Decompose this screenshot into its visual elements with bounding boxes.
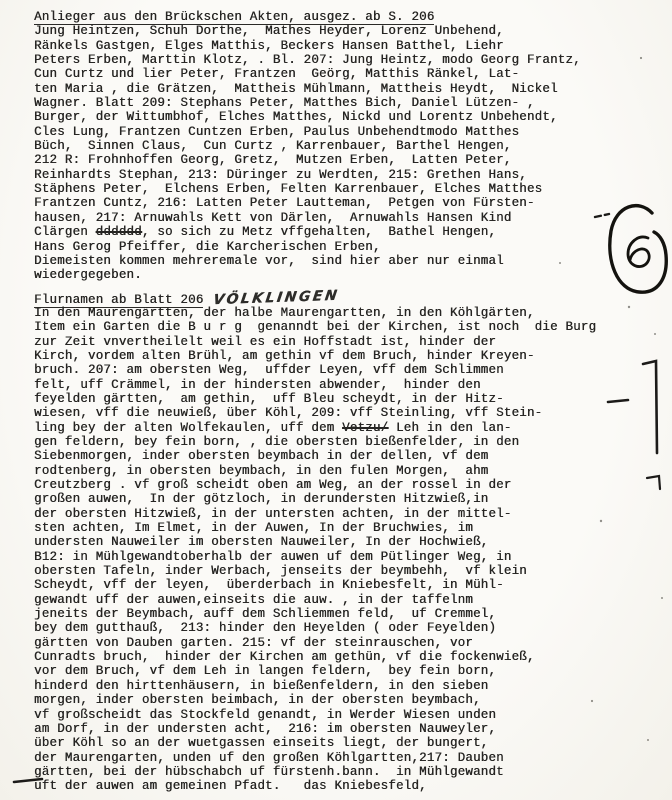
handwritten-place-annotation: VÖLKLINGEN bbox=[213, 288, 341, 307]
text-line: zur Zeit vnvertheilelt weil es ein Hoffs… bbox=[34, 335, 664, 349]
text-line: Siebenmorgen, inder obersten beymbach in… bbox=[34, 449, 664, 463]
text-line: Creutzberg . vf groß scheidt oben am Weg… bbox=[34, 478, 664, 492]
text-line: bruch. 207: am obersten Weg, uffder Leye… bbox=[34, 363, 664, 377]
text-line: Burger, der Wittumbhof, Elches Matthes, … bbox=[34, 110, 664, 124]
text-line: Peters Erben, Marttin Klotz, . Bl. 207: … bbox=[34, 53, 664, 67]
text-line: jeneits der Beymbach, auff dem Schliemme… bbox=[34, 607, 664, 621]
scanned-document-page: Anlieger aus den Brückschen Akten, ausge… bbox=[0, 0, 672, 800]
text-line: Cles Lung, Frantzen Cuntzen Erben, Paulu… bbox=[34, 125, 664, 139]
text-line: hausen, 217: Arnuwahls Kett von Därlen, … bbox=[34, 211, 664, 225]
text-line: understen Nauweiler im obersten Nauweile… bbox=[34, 535, 664, 549]
text-line: rodtenberg, in obersten beymbach, in den… bbox=[34, 464, 664, 478]
text-line: wiedergegeben. bbox=[34, 268, 664, 282]
title-line: Anlieger aus den Brückschen Akten, ausge… bbox=[34, 10, 664, 24]
text-line: Clärgen dddddd, so sich zu Metz vffgehal… bbox=[34, 225, 664, 239]
text-line: Wagner. Blatt 209: Stephans Peter, Matth… bbox=[34, 96, 664, 110]
text-line: am Dorf, in der understen acht, 216: im … bbox=[34, 722, 664, 736]
text-line: Diemeisten kommen mehreremale vor, sind … bbox=[34, 254, 664, 268]
text-line: Ränkels Gastgen, Elges Matthis, Beckers … bbox=[34, 39, 664, 53]
anlieger-name-list: Jung Heintzen, Schuh Dorthe, Mathes Heyd… bbox=[34, 24, 664, 282]
text-line: gärtten, bei der hübschabch uf fürstenh.… bbox=[34, 765, 664, 779]
text-line: Cun Curtz und lier Peter, Frantzen Geörg… bbox=[34, 67, 664, 81]
text-line: wiesen, vff die neuwieß, über Köhl, 209:… bbox=[34, 406, 664, 420]
text-line: Frantzen Cuntz, 216: Latten Peter Lautte… bbox=[34, 196, 664, 210]
flurnamen-text-block: In den Maurengärtten, der halbe Maurenga… bbox=[34, 306, 664, 794]
text-line: In den Maurengärtten, der halbe Maurenga… bbox=[34, 306, 664, 320]
text-line: obersten Tafeln, inder Werbach, jenseits… bbox=[34, 564, 664, 578]
text-line: felt, uff Crämmel, in der hindersten abw… bbox=[34, 378, 664, 392]
text-line: bey dem gutthauß, 213: hinder den Heyeld… bbox=[34, 621, 664, 635]
text-line: Jung Heintzen, Schuh Dorthe, Mathes Heyd… bbox=[34, 24, 664, 38]
text-line: ten Maria , die Grätzen, Mattheis Mühlma… bbox=[34, 82, 664, 96]
text-line: Hans Gerog Pfeiffer, die Karcherischen E… bbox=[34, 240, 664, 254]
text-line: ling bey der alten Wolfekaulen, uff dem … bbox=[34, 421, 664, 435]
document-title: Anlieger aus den Brückschen Akten, ausge… bbox=[34, 10, 434, 25]
typewritten-text-column: Anlieger aus den Brückschen Akten, ausge… bbox=[34, 10, 664, 794]
text-line: sten achten, Im Elmet, in der Auwen, In … bbox=[34, 521, 664, 535]
text-line: Kirch, vordem alten Brühl, am gethin vf … bbox=[34, 349, 664, 363]
flurnamen-header-line: Flurnamen ab Blatt 206VÖLKLINGEN bbox=[34, 292, 664, 306]
text-line: gärtten von Dauben garten. 215: vf der s… bbox=[34, 636, 664, 650]
text-line: Cunradts bruch, hinder der Kirchen am ge… bbox=[34, 650, 664, 664]
text-line: hinderd den hirttenhäusern, in bießenfel… bbox=[34, 679, 664, 693]
text-line: großen auwen, In der götzloch, in derund… bbox=[34, 492, 664, 506]
section-gap bbox=[34, 283, 664, 292]
text-line: 212 R: Frohnhoffen Georg, Gretz, Mutzen … bbox=[34, 153, 664, 167]
text-line: morgen, inder obersten beimbach, in der … bbox=[34, 693, 664, 707]
text-line: vf großscheidt das Stockfeld genandt, in… bbox=[34, 708, 664, 722]
text-line: der obersten Hitzwieß, in der untersten … bbox=[34, 507, 664, 521]
text-line: gen feldern, bey fein born, , die oberst… bbox=[34, 435, 664, 449]
text-line: der Maurengarten, unden uf den großen Kö… bbox=[34, 751, 664, 765]
text-line: Stäphens Peter, Elchens Erben, Felten Ka… bbox=[34, 182, 664, 196]
text-line: Scheydt, vff der leyen, überderbach in K… bbox=[34, 578, 664, 592]
text-line: B12: in Mühlgewandtoberhalb der auwen uf… bbox=[34, 550, 664, 564]
text-line: gewandt uff der auwen,einseits die auw. … bbox=[34, 593, 664, 607]
text-line: uft der auwen am gemeinen Pfadt. das Kni… bbox=[34, 779, 664, 793]
text-line: vor dem Bruch, vf dem Leh in langen feld… bbox=[34, 664, 664, 678]
text-line: Reinhardts Stephan, 213: Düringer zu Wer… bbox=[34, 168, 664, 182]
text-line: über Köhl so an der wuetgassen einseits … bbox=[34, 736, 664, 750]
text-line: Büch, Sinnen Claus, Cun Curtz , Karrenba… bbox=[34, 139, 664, 153]
text-line: feyelden gärtten, am gethin, uff Bleu sc… bbox=[34, 392, 664, 406]
text-line: Item ein Garten die B u r g genanndt bei… bbox=[34, 320, 664, 334]
